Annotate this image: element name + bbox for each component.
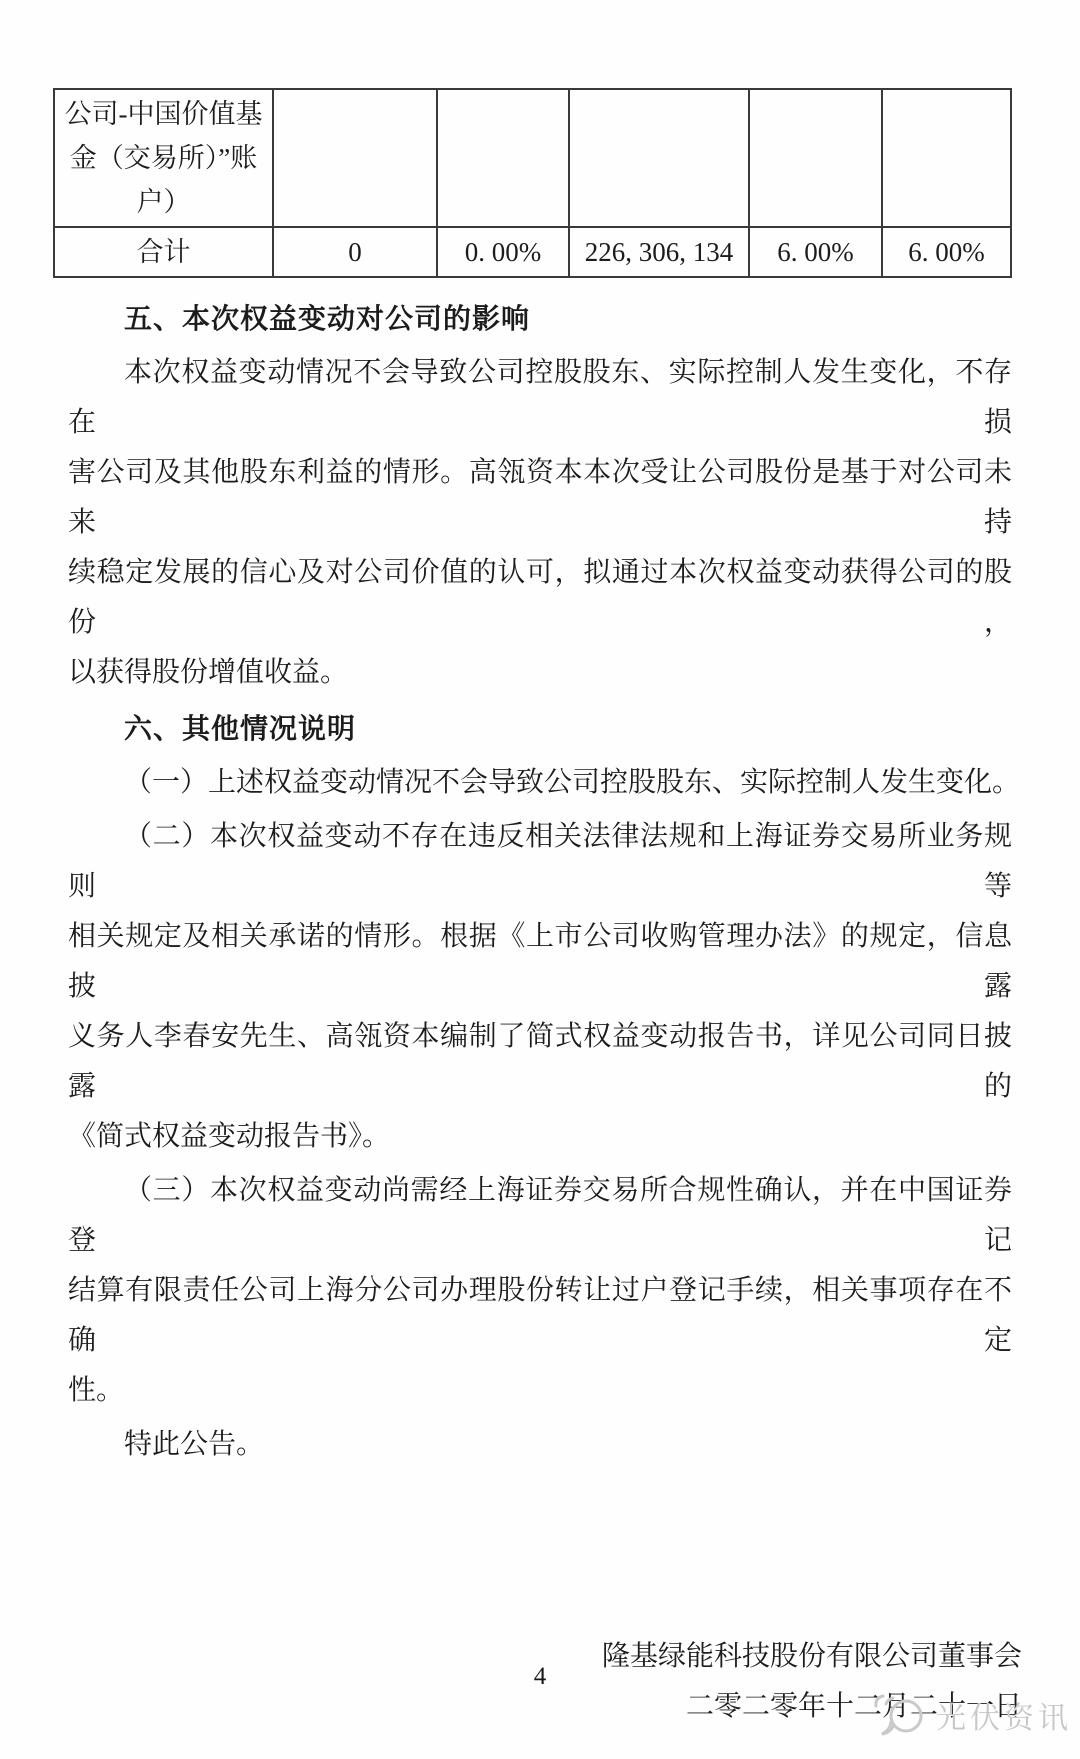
table-cell: 合计	[54, 227, 273, 277]
table-cell: 0. 00%	[437, 227, 569, 277]
section-five-paragraph: 本次权益变动情况不会导致公司控股股东、实际控制人发生变化，不存在损 害公司及其他…	[68, 348, 1012, 698]
paragraph-line: 本次权益变动情况不会导致公司控股股东、实际控制人发生变化，不存在损	[68, 348, 1012, 448]
equity-change-table: 公司-中国价值基金（交易所）”账户） 合计 0 0. 00% 226, 306,…	[53, 88, 1012, 278]
section-six-item-two: （二）本次权益变动不存在违反相关法律法规和上海证券交易所业务规则等 相关规定及相…	[68, 812, 1012, 1162]
section-six-item-one: （一）上述权益变动情况不会导致公司控股股东、实际控制人发生变化。	[68, 758, 1012, 808]
paragraph-line: （一）上述权益变动情况不会导致公司控股股东、实际控制人发生变化。	[68, 758, 1012, 808]
table-cell	[273, 89, 437, 227]
paragraph-line: 害公司及其他股东利益的情形。高瓴资本本次受让公司股份是基于对公司未来持	[68, 448, 1012, 548]
table-cell	[437, 89, 569, 227]
table-cell: 6. 00%	[882, 227, 1011, 277]
table-cell: 公司-中国价值基金（交易所）”账户）	[54, 89, 273, 227]
paragraph-line: （三）本次权益变动尚需经上海证券交易所合规性确认，并在中国证券登记	[68, 1166, 1012, 1266]
paragraph-line: 性。	[68, 1366, 1012, 1416]
document-page: 公司-中国价值基金（交易所）”账户） 合计 0 0. 00% 226, 306,…	[0, 0, 1080, 1759]
table-cell: 6. 00%	[749, 227, 882, 277]
table-cell	[569, 89, 749, 227]
paragraph-line: 义务人李春安先生、高瓴资本编制了简式权益变动报告书，详见公司同日披露的	[68, 1012, 1012, 1112]
paragraph-line: 《简式权益变动报告书》。	[68, 1112, 1012, 1162]
table-cell	[882, 89, 1011, 227]
paragraph-line: 相关规定及相关承诺的情形。根据《上市公司收购管理办法》的规定，信息披露	[68, 912, 1012, 1012]
paragraph-line: 续稳定发展的信心及对公司价值的认可，拟通过本次权益变动获得公司的股份，	[68, 548, 1012, 648]
paragraph-line: （二）本次权益变动不存在违反相关法律法规和上海证券交易所业务规则等	[68, 812, 1012, 912]
speech-bubble-icon	[872, 1692, 928, 1738]
table-cell: 226, 306, 134	[569, 227, 749, 277]
document-body: 五、本次权益变动对公司的影响 本次权益变动情况不会导致公司控股股东、实际控制人发…	[68, 294, 1012, 1732]
table-row: 合计 0 0. 00% 226, 306, 134 6. 00% 6. 00%	[54, 227, 1011, 277]
table-row: 公司-中国价值基金（交易所）”账户）	[54, 89, 1011, 227]
paragraph-line: 特此公告。	[68, 1420, 1012, 1470]
section-five-heading: 五、本次权益变动对公司的影响	[68, 294, 1012, 344]
paragraph-line: 以获得股份增值收益。	[68, 648, 1012, 698]
table-cell	[749, 89, 882, 227]
section-six-item-three: （三）本次权益变动尚需经上海证券交易所合规性确认，并在中国证券登记 结算有限责任…	[68, 1166, 1012, 1416]
watermark: 光伏资讯	[872, 1692, 1072, 1738]
watermark-label: 光伏资讯	[936, 1693, 1072, 1737]
table-cell: 0	[273, 227, 437, 277]
closing-statement: 特此公告。	[68, 1420, 1012, 1470]
paragraph-line: 结算有限责任公司上海分公司办理股份转让过户登记手续，相关事项存在不确定	[68, 1266, 1012, 1366]
section-six-heading: 六、其他情况说明	[68, 704, 1012, 754]
